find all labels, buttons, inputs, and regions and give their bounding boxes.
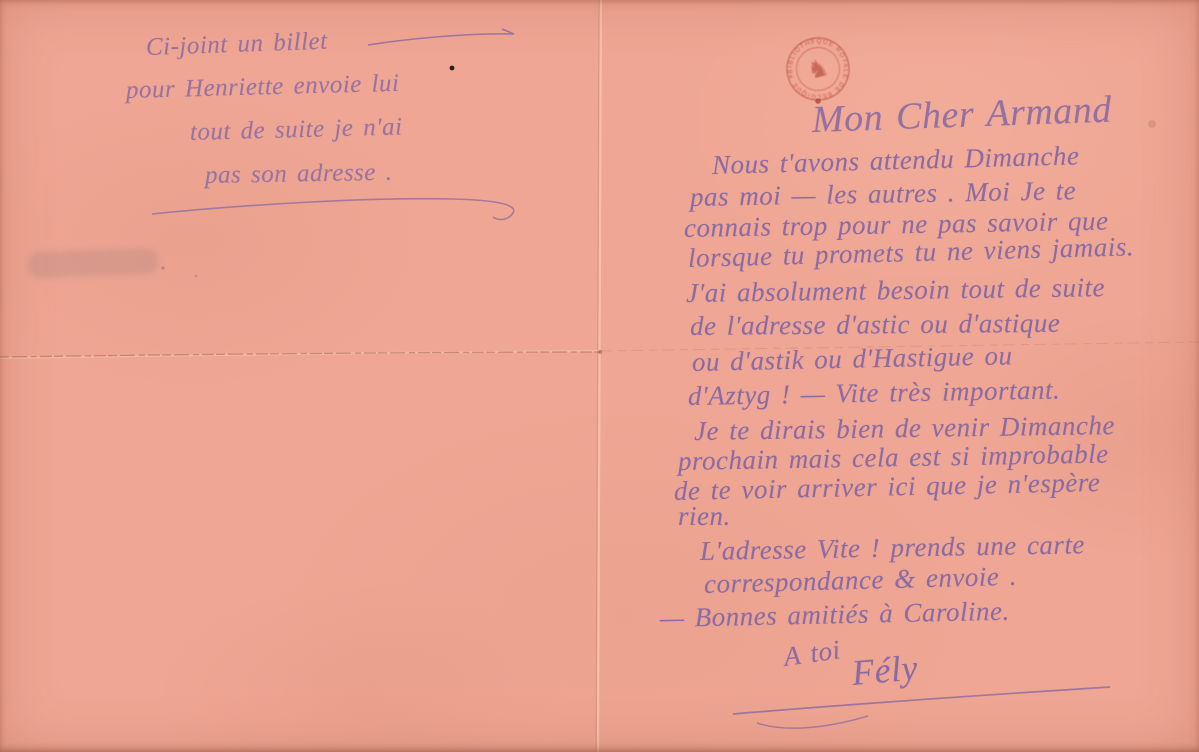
horizontal-fold-ridge-left [0, 351, 600, 358]
paper-speck [161, 266, 164, 269]
fold-intersection-mark [598, 350, 602, 354]
handwriting-line: rien. [678, 501, 731, 532]
handwriting-line: J'ai absolument besoin tout de suite [686, 272, 1105, 309]
left-note-underline-flourish [152, 199, 514, 220]
vertical-fold-crease [598, 0, 601, 752]
handwriting-line: correspondance & envoie . [704, 561, 1018, 600]
handwriting-line: de l'adresse d'astic ou d'astique [690, 308, 1061, 342]
ink-transfer-smudge [28, 248, 159, 279]
handwriting-line: — Bonnes amitiés à Caroline. [660, 596, 1010, 634]
ink-speck [450, 66, 455, 71]
handwriting-line: Nous t'avons attendu Dimanche [712, 140, 1080, 181]
signature-underline-flourish [733, 687, 1110, 714]
letter-salutation: Mon Cher Armand [811, 88, 1112, 142]
handwriting-line: d'Aztyg ! — Vite très important. [688, 375, 1061, 412]
stamp-emblem-icon: ♞ [805, 55, 832, 85]
letter-paper: BIBLIOTHÈQUE ROYALE DE BELGIQUE ✳ ♞ Ci-j… [0, 0, 1199, 752]
paper-stain [1148, 120, 1156, 128]
handwriting-line: L'adresse Vite ! prends une carte [700, 529, 1085, 567]
letter-signoff: A toi [782, 634, 843, 673]
letter-signature: Fély [850, 646, 919, 694]
vertical-fold-shadow [596, 0, 599, 752]
signature-underline-flourish-2 [757, 716, 868, 728]
handwriting-line: pas son adresse . [205, 159, 393, 190]
horizontal-fold-crease-left [0, 352, 600, 357]
handwriting-line: pour Henriette envoie lui [126, 70, 400, 105]
handwriting-line: ou d'astik ou d'Hastigue ou [692, 340, 1013, 378]
handwriting-line: tout de suite je n'ai [190, 113, 403, 147]
stamp-inner-circle [792, 43, 844, 95]
stamp-ring-text: BIBLIOTHÈQUE ROYALE DE BELGIQUE ✳ [780, 29, 856, 106]
paper-speck [195, 275, 198, 278]
handwriting-line: Ci-joint un billet [146, 28, 329, 62]
left-note-trailing-flourish [368, 29, 514, 45]
stamp-outer-circle [780, 31, 855, 106]
